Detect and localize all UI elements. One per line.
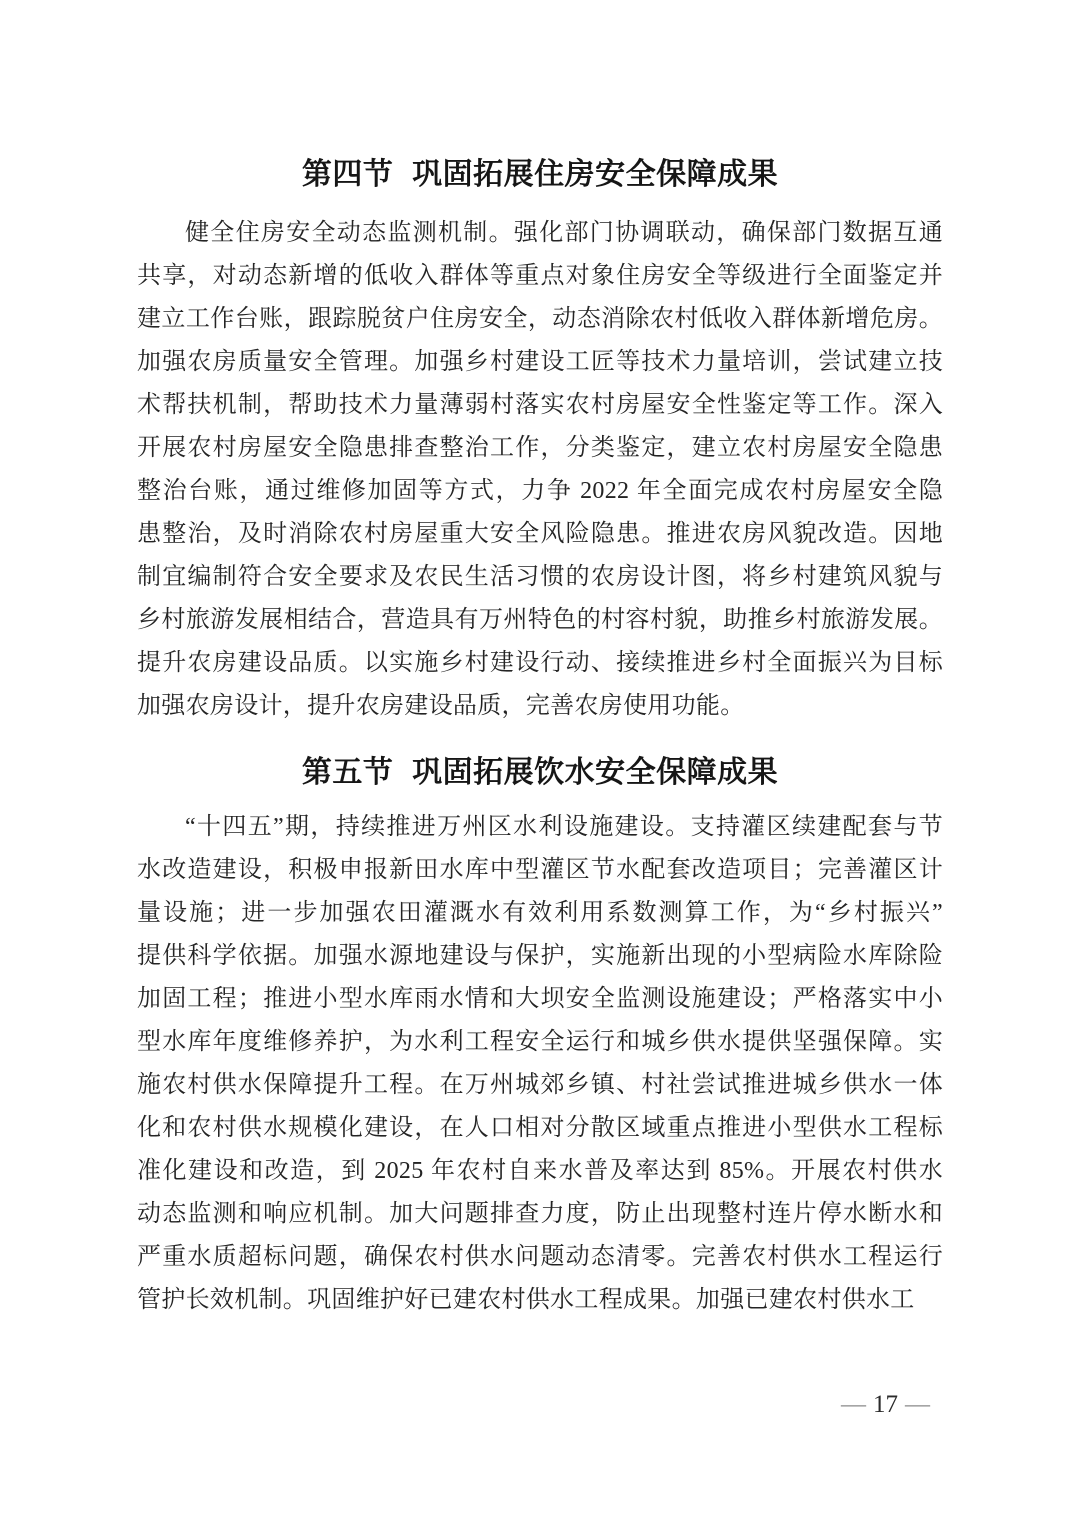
text-line: 制宜编制符合安全要求及农民生活习惯的农房设计图，将乡村建筑风貌与 xyxy=(137,556,943,599)
page-number-value: 17 xyxy=(873,1391,898,1418)
text-line: 动态监测和响应机制。加大问题排查力度，防止出现整村连片停水断水和 xyxy=(137,1193,943,1236)
section-4-heading: 第四节 巩固拓展住房安全保障成果 xyxy=(137,156,943,194)
text-line: 患整治，及时消除农村房屋重大安全风险隐患。推进农房风貌改造。因地 xyxy=(137,513,943,556)
text-line: 开展农村房屋安全隐患排查整治工作，分类鉴定，建立农村房屋安全隐患 xyxy=(137,427,943,470)
text-line: 准化建设和改造，到 2025 年农村自来水普及率达到 85%。开展农村供水 xyxy=(137,1150,943,1193)
text-line: 化和农村供水规模化建设，在人口相对分散区域重点推进小型供水工程标 xyxy=(137,1107,943,1150)
text-line: 加强农房质量安全管理。加强乡村建设工匠等技术力量培训，尝试建立技 xyxy=(137,341,943,384)
section-5-heading: 第五节 巩固拓展饮水安全保障成果 xyxy=(137,754,943,792)
section-4-paragraph: 健全住房安全动态监测机制。强化部门协调联动，确保部门数据互通 共享，对动态新增的… xyxy=(137,212,943,728)
text-line: 建立工作台账，跟踪脱贫户住房安全，动态消除农村低收入群体新增危房。 xyxy=(137,298,943,341)
text-line: 术帮扶机制，帮助技术力量薄弱村落实农村房屋安全性鉴定等工作。深入 xyxy=(137,384,943,427)
text-line: 提升农房建设品质。以实施乡村建设行动、接续推进乡村全面振兴为目标 xyxy=(137,642,943,685)
text-line: 施农村供水保障提升工程。在万州城郊乡镇、村社尝试推进城乡供水一体 xyxy=(137,1064,943,1107)
page-number-dash-left: — xyxy=(834,1391,873,1418)
text-line: 加固工程；推进小型水库雨水情和大坝安全监测设施建设；严格落实中小 xyxy=(137,978,943,1021)
text-line: 水改造建设，积极申报新田水库中型灌区节水配套改造项目；完善灌区计 xyxy=(137,849,943,892)
text-line: 管护长效机制。巩固维护好已建农村供水工程成果。加强已建农村供水工 xyxy=(137,1279,943,1322)
document-page: 第四节 巩固拓展住房安全保障成果 健全住房安全动态监测机制。强化部门协调联动，确… xyxy=(0,0,1074,1520)
page-number: —17— xyxy=(137,1388,937,1422)
text-line: 乡村旅游发展相结合，营造具有万州特色的村容村貌，助推乡村旅游发展。 xyxy=(137,599,943,642)
text-line: 健全住房安全动态监测机制。强化部门协调联动，确保部门数据互通 xyxy=(137,212,943,255)
text-line: “十四五”期，持续推进万州区水利设施建设。支持灌区续建配套与节 xyxy=(137,806,943,849)
text-line: 量设施；进一步加强农田灌溉水有效利用系数测算工作，为“乡村振兴” xyxy=(137,892,943,935)
text-line: 型水库年度维修养护，为水利工程安全运行和城乡供水提供坚强保障。实 xyxy=(137,1021,943,1064)
text-line: 共享，对动态新增的低收入群体等重点对象住房安全等级进行全面鉴定并 xyxy=(137,255,943,298)
page-number-dash-right: — xyxy=(898,1391,937,1418)
text-line: 整治台账，通过维修加固等方式，力争 2022 年全面完成农村房屋安全隐 xyxy=(137,470,943,513)
text-line: 严重水质超标问题，确保农村供水问题动态清零。完善农村供水工程运行 xyxy=(137,1236,943,1279)
text-line: 提供科学依据。加强水源地建设与保护，实施新出现的小型病险水库除险 xyxy=(137,935,943,978)
text-line: 加强农房设计，提升农房建设品质，完善农房使用功能。 xyxy=(137,685,943,728)
section-5-paragraph: “十四五”期，持续推进万州区水利设施建设。支持灌区续建配套与节 水改造建设，积极… xyxy=(137,806,943,1322)
